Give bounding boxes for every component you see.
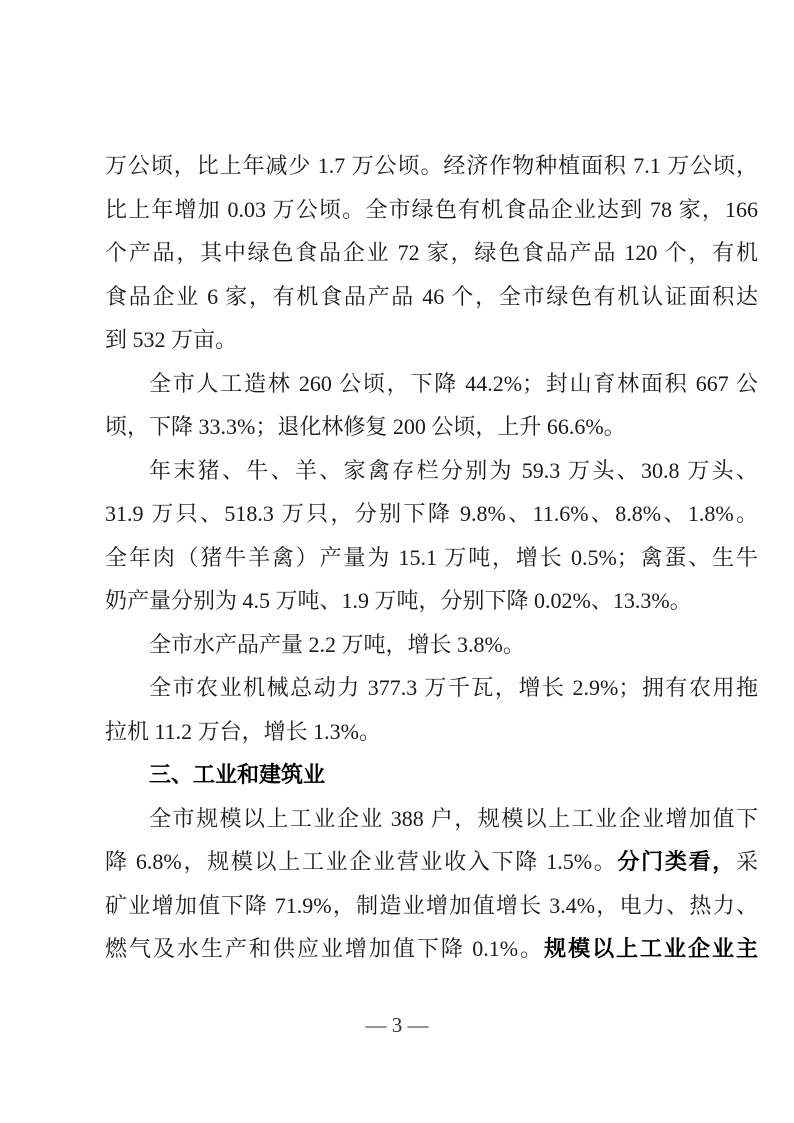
text-run: 全市规模以上工业企业 388 户，规模以上工业企业增加值下 [149,806,758,831]
text-line: 食品企业 6 家，有机食品产品 46 个，全市绿色有机认证面积达 [105,275,758,319]
document-page: 万公顷，比上年减少 1.7 万公顷。经济作物种植面积 7.1 万公顷，比上年增加… [0,0,794,1123]
text-run: 全市人工造林 260 公顷，下降 44.2%；封山育林面积 667 公 [149,371,758,396]
text-line: 比上年增加 0.03 万公顷。全市绿色有机食品企业达到 78 家，166 [105,188,758,232]
page-number: — 3 — [0,1007,794,1043]
text-run: 全年肉（猪牛羊禽）产量为 15.1 万吨，增长 0.5%；禽蛋、生牛 [105,545,758,570]
text-run: 矿业增加值下降 71.9%，制造业增加值增长 3.4%，电力、热力、 [105,893,758,918]
text-run: 全市农业机械总动力 377.3 万千瓦，增长 2.9%；拥有农用拖 [149,675,758,700]
text-run: 降 6.8%，规模以上工业企业营业收入下降 1.5%。 [105,849,617,874]
text-line: 燃气及水生产和供应业增加值下降 0.1%。规模以上工业企业主 [105,927,758,971]
text-run: 比上年增加 0.03 万公顷。全市绿色有机食品企业达到 78 家，166 [105,197,758,222]
document-body: 万公顷，比上年减少 1.7 万公顷。经济作物种植面积 7.1 万公顷，比上年增加… [105,144,758,971]
text-line: 顷，下降 33.3%；退化林修复 200 公顷，上升 66.6%。 [105,405,758,449]
text-run: 拉机 11.2 万台，增长 1.3%。 [105,719,381,744]
text-run: 奶产量分别为 4.5 万吨、1.9 万吨，分别下降 0.02%、13.3%。 [105,588,692,613]
text-line: 全市规模以上工业企业 388 户，规模以上工业企业增加值下 [105,797,758,841]
text-line: 年末猪、牛、羊、家禽存栏分别为 59.3 万头、30.8 万头、 [105,449,758,493]
bold-text-run: 规模以上工业企业主 [544,936,758,961]
text-run: 采 [736,849,758,874]
text-line: 矿业增加值下降 71.9%，制造业增加值增长 3.4%，电力、热力、 [105,884,758,928]
text-run: 31.9 万只、518.3 万只，分别下降 9.8%、11.6%、8.8%、1.… [105,501,758,526]
text-run: 到 532 万亩。 [105,327,237,352]
text-run: 燃气及水生产和供应业增加值下降 0.1%。 [105,936,544,961]
text-line: 31.9 万只、518.3 万只，分别下降 9.8%、11.6%、8.8%、1.… [105,492,758,536]
text-run: 顷，下降 33.3%；退化林修复 200 公顷，上升 66.6%。 [105,414,626,439]
bold-text-run: 三、工业和建筑业 [149,762,325,787]
text-run: 个产品，其中绿色食品企业 72 家，绿色食品产品 120 个，有机 [105,240,758,265]
bold-text-run: 分门类看， [617,849,736,874]
text-line: 全市人工造林 260 公顷，下降 44.2%；封山育林面积 667 公 [105,362,758,406]
section-heading: 三、工业和建筑业 [105,753,758,797]
text-run: 年末猪、牛、羊、家禽存栏分别为 59.3 万头、30.8 万头、 [149,458,758,483]
text-line: 到 532 万亩。 [105,318,758,362]
text-run: 食品企业 6 家，有机食品产品 46 个，全市绿色有机认证面积达 [105,284,758,309]
text-run: 全市水产品产量 2.2 万吨，增长 3.8%。 [149,632,525,657]
text-line: 全市农业机械总动力 377.3 万千瓦，增长 2.9%；拥有农用拖 [105,666,758,710]
text-line: 降 6.8%，规模以上工业企业营业收入下降 1.5%。分门类看，采 [105,840,758,884]
text-line: 万公顷，比上年减少 1.7 万公顷。经济作物种植面积 7.1 万公顷， [105,144,758,188]
text-line: 拉机 11.2 万台，增长 1.3%。 [105,710,758,754]
text-run: 万公顷，比上年减少 1.7 万公顷。经济作物种植面积 7.1 万公顷， [105,153,758,178]
text-line: 个产品，其中绿色食品企业 72 家，绿色食品产品 120 个，有机 [105,231,758,275]
text-line: 奶产量分别为 4.5 万吨、1.9 万吨，分别下降 0.02%、13.3%。 [105,579,758,623]
text-line: 全年肉（猪牛羊禽）产量为 15.1 万吨，增长 0.5%；禽蛋、生牛 [105,536,758,580]
text-line: 全市水产品产量 2.2 万吨，增长 3.8%。 [105,623,758,667]
